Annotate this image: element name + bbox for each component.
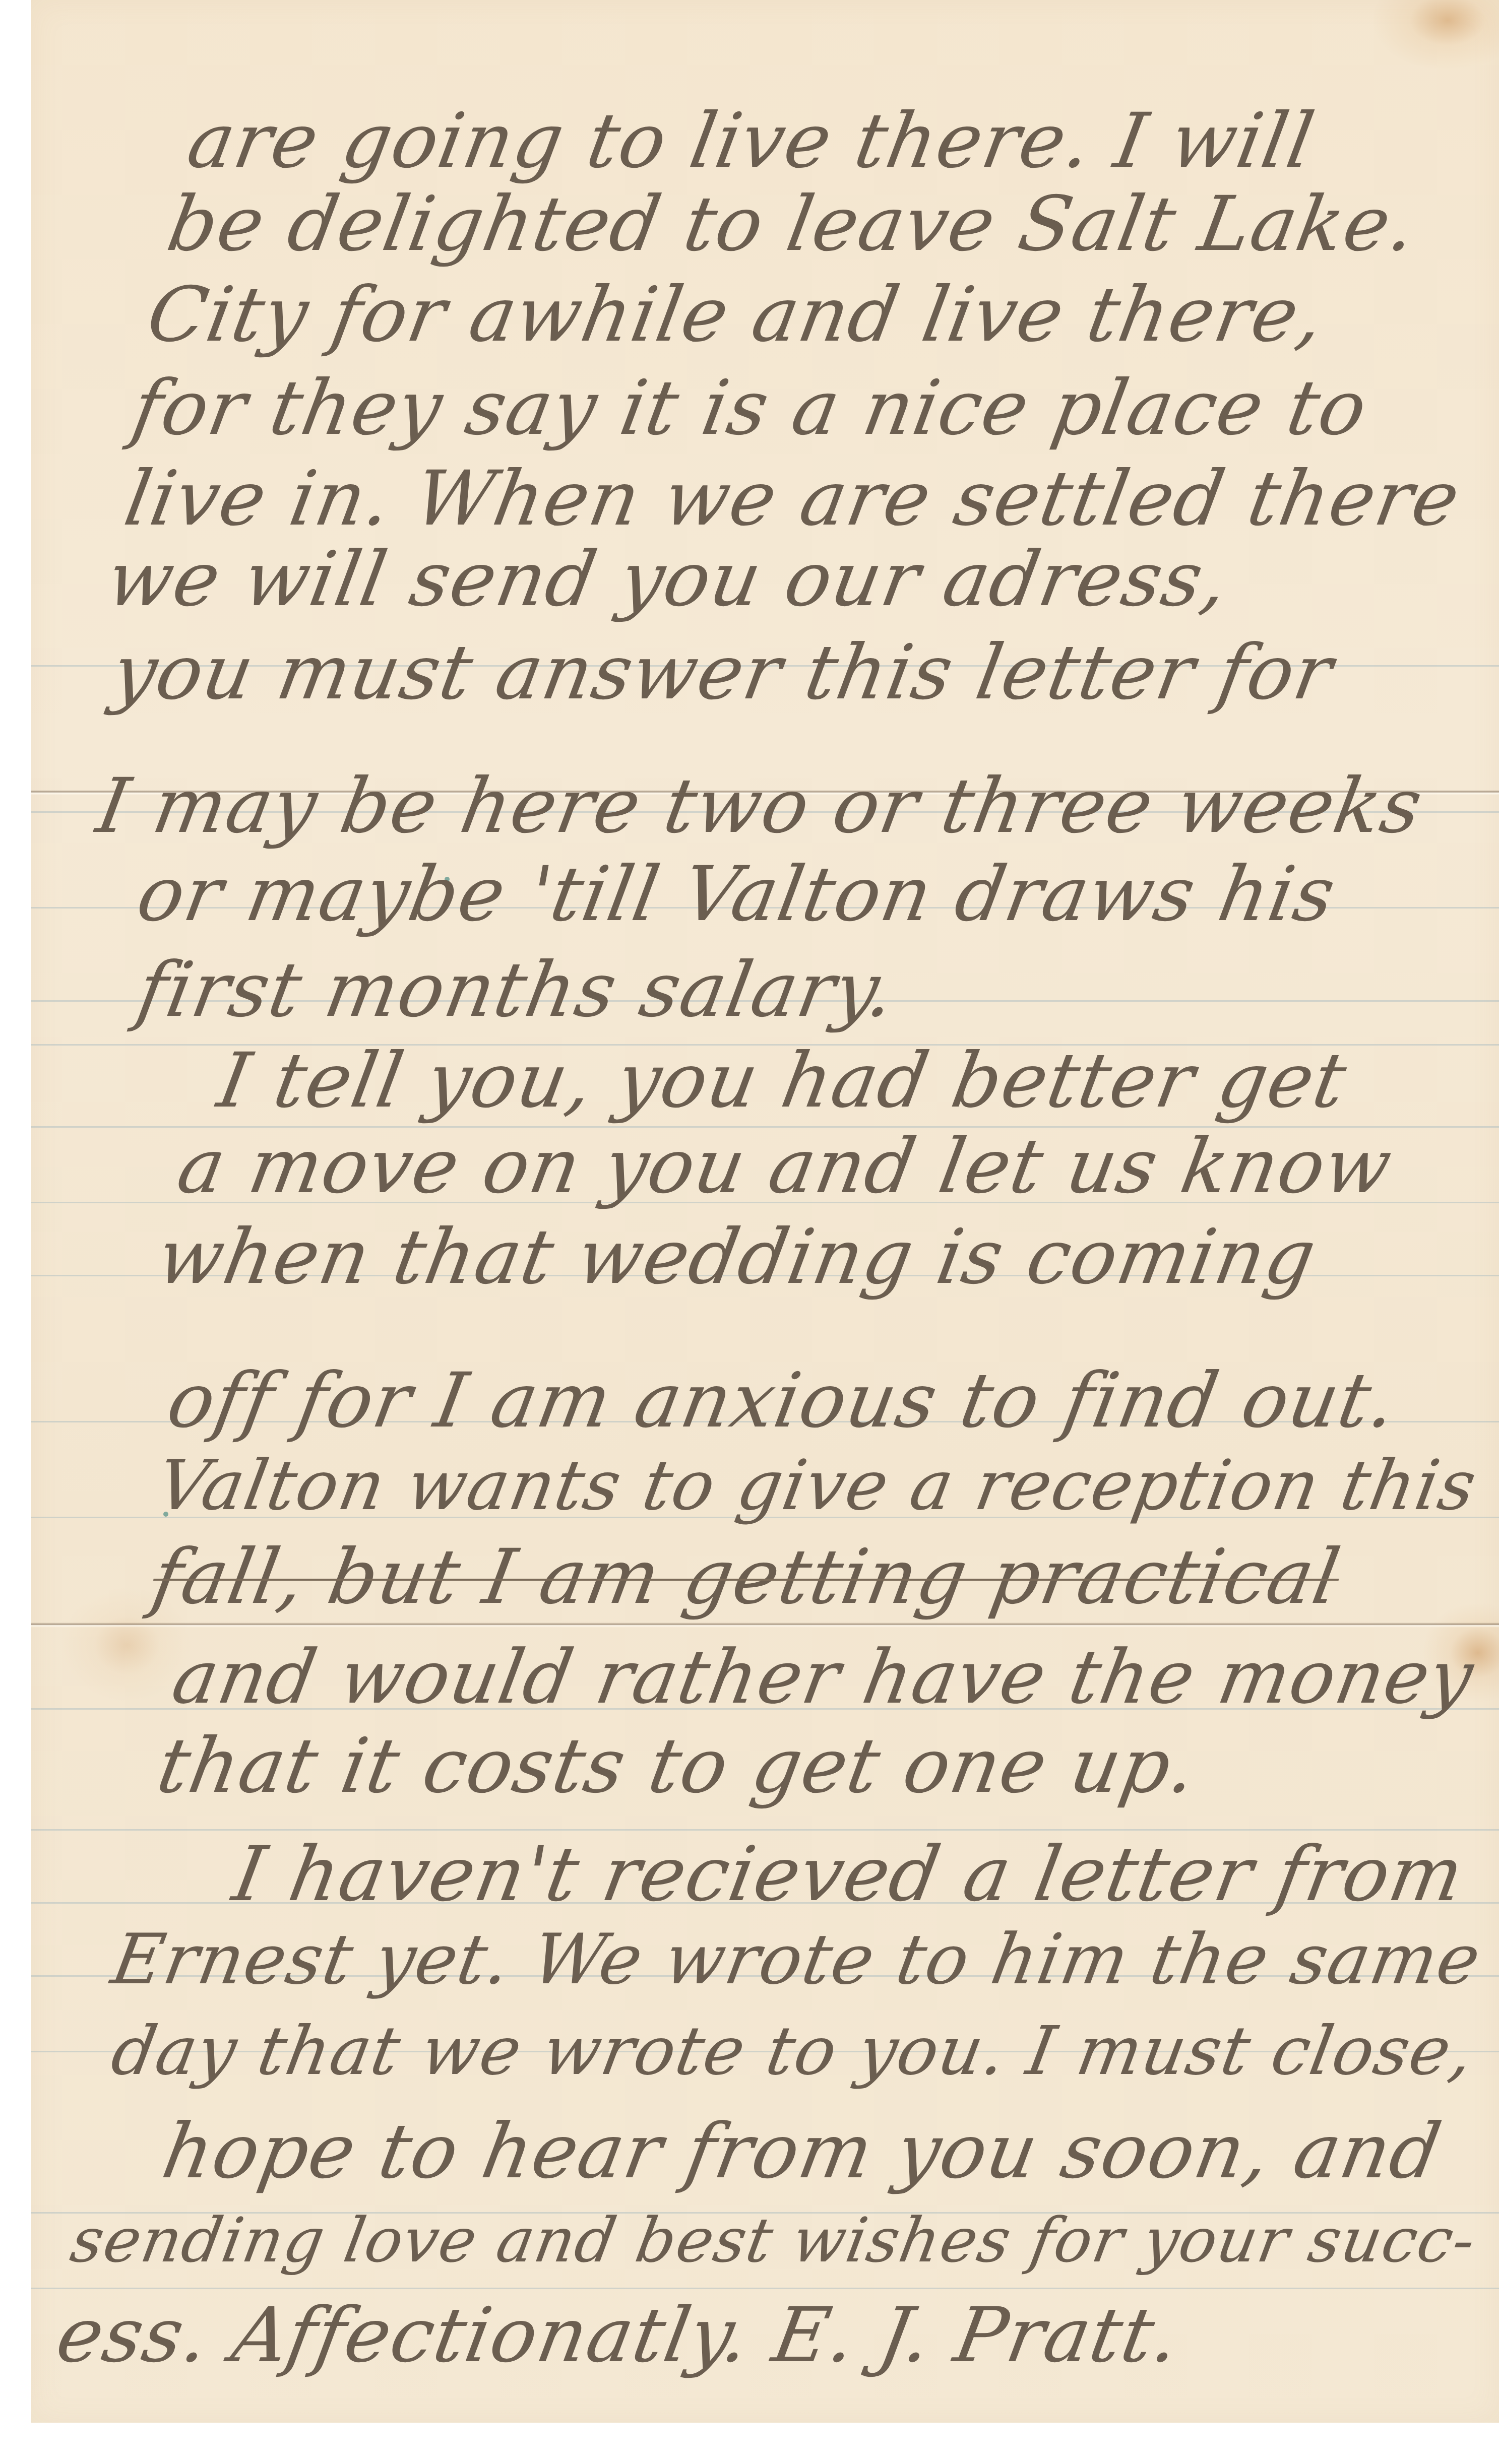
letter-line-6: we will send you our adress, (102, 542, 1234, 617)
letter-line-14: off for I am anxious to find out. (162, 1363, 1402, 1439)
letter-closing-signature: ess. Affectionatly. E. J. Pratt. (51, 2298, 1185, 2373)
letter-line-7: you must answer this letter for (107, 635, 1339, 710)
letter-line-21: day that we wrote to you. I must close, (107, 2018, 1479, 2085)
stain-top-right (1372, 0, 1499, 71)
fold-crease-lower (31, 1623, 1499, 1628)
letter-line-1: are going to live there. I will (182, 103, 1320, 179)
letter-line-19: I haven't recieved a letter from (228, 1837, 1469, 1912)
letter-line-8: I may be here two or three weeks (92, 768, 1428, 844)
letter-line-12: a move on you and let us know (172, 1129, 1398, 1204)
letter-line-18: that it costs to get one up. (152, 1728, 1203, 1804)
letter-line-22: hope to hear from you soon, and (157, 2114, 1447, 2189)
letter-line-16-struck: fall, but I am getting practical (147, 1539, 1346, 1615)
letter-line-23: sending love and best wishes for your su… (67, 2210, 1481, 2271)
letter-line-13: when that wedding is coming (152, 1219, 1322, 1295)
letter-line-2: be delighted to leave Salt Lake. (162, 186, 1422, 262)
letter-paper: are going to live there. I will be delig… (31, 0, 1499, 2423)
letter-line-10: first months salary. (132, 952, 901, 1028)
letter-line-3: City for awhile and live there, (142, 277, 1330, 353)
letter-line-5: live in. When we are settled there (119, 461, 1466, 537)
letter-line-20: Ernest yet. We wrote to him the same (107, 1925, 1486, 1994)
letter-line-9: or maybe 'till Valton draws his (132, 857, 1341, 932)
letter-line-15: Valton wants to give a reception this (152, 1451, 1482, 1520)
letter-line-4: for they say it is a nice place to (127, 370, 1373, 446)
letter-line-11: I tell you, you had better get (213, 1043, 1352, 1119)
letter-line-17: and would rather have the money (167, 1640, 1479, 1714)
ruled-line (31, 2288, 1499, 2289)
